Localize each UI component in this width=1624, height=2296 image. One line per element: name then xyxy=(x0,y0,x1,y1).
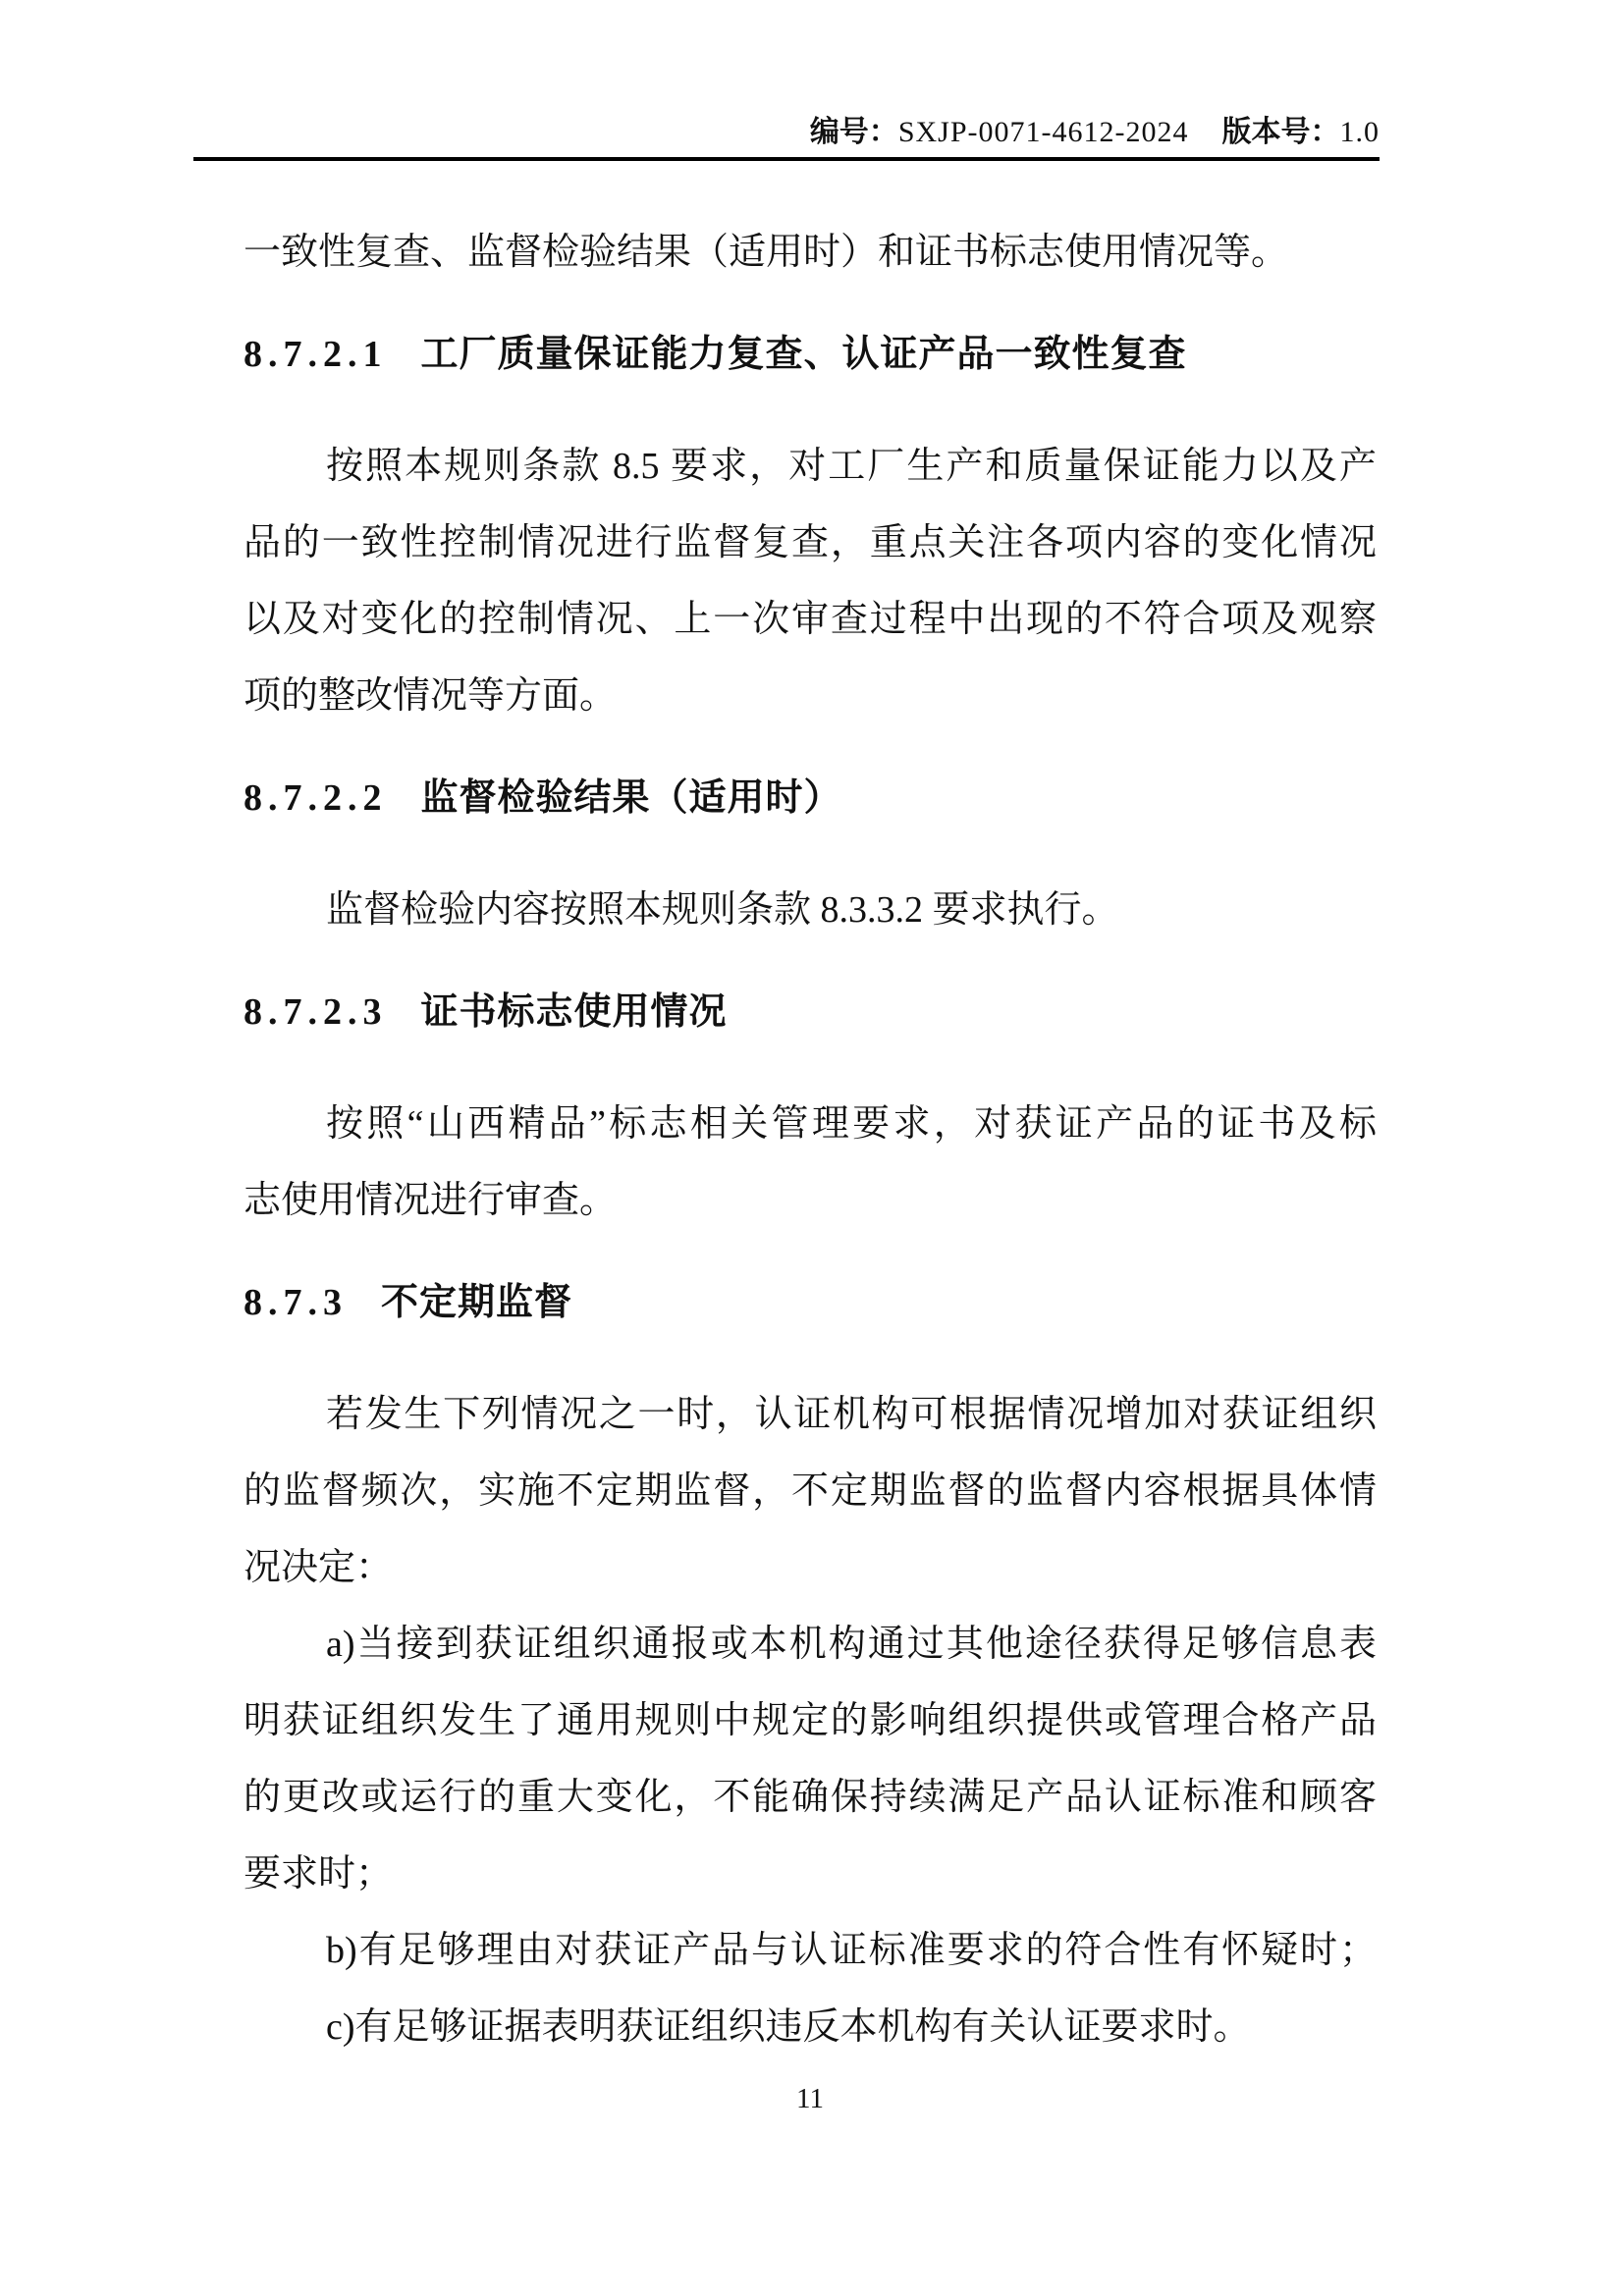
heading-title: 证书标志使用情况 xyxy=(421,991,728,1033)
list-item-c-line: c)有足够证据表明获证组织违反本机构有关认证要求时。 xyxy=(244,1989,1377,2065)
paragraph-line: 品的一致性控制情况进行监督复查，重点关注各项内容的变化情况 xyxy=(244,505,1377,581)
paragraph-line: 志使用情况进行审查。 xyxy=(244,1162,1377,1239)
header-text: 编号：SXJP-0071-4612-2024版本号：1.0 xyxy=(810,116,1380,149)
page-number: 11 xyxy=(244,2083,1377,2115)
version-label: 版本号： xyxy=(1222,116,1340,148)
document-page: 编号：SXJP-0071-4612-2024版本号：1.0 一致性复查、监督检验… xyxy=(0,0,1624,2296)
version-value: 1.0 xyxy=(1340,116,1380,148)
paragraph-line: 的监督频次，实施不定期监督，不定期监督的监督内容根据具体情 xyxy=(244,1453,1377,1529)
paragraph-line: 监督检验内容按照本规则条款 8.3.3.2 要求执行。 xyxy=(244,872,1377,948)
heading-number: 8.7.2.1 xyxy=(244,334,388,375)
list-item-a-line: 要求时； xyxy=(244,1836,1377,1912)
section-heading-8-7-2-1: 8.7.2.1工厂质量保证能力复查、认证产品一致性复查 xyxy=(244,316,1377,393)
heading-title: 不定期监督 xyxy=(381,1282,572,1323)
paragraph-line: 一致性复查、监督检验结果（适用时）和证书标志使用情况等。 xyxy=(244,214,1377,291)
doc-number-value: SXJP-0071-4612-2024 xyxy=(898,116,1189,148)
paragraph-line: 项的整改情况等方面。 xyxy=(244,658,1377,734)
paragraph-line: 以及对变化的控制情况、上一次审查过程中出现的不符合项及观察 xyxy=(244,581,1377,658)
heading-number: 8.7.2.2 xyxy=(244,777,388,819)
doc-number-label: 编号： xyxy=(810,116,898,148)
list-item-a-line: 的更改或运行的重大变化，不能确保持续满足产品认证标准和顾客 xyxy=(244,1759,1377,1836)
heading-title: 监督检验结果（适用时） xyxy=(421,777,842,819)
paragraph-line: 若发生下列情况之一时，认证机构可根据情况增加对获证组织 xyxy=(244,1376,1377,1453)
paragraph-line: 按照本规则条款 8.5 要求，对工厂生产和质量保证能力以及产 xyxy=(244,428,1377,505)
list-item-b-line: b)有足够理由对获证产品与认证标准要求的符合性有怀疑时； xyxy=(244,1912,1377,1989)
section-heading-8-7-2-2: 8.7.2.2监督检验结果（适用时） xyxy=(244,760,1377,836)
list-item-a-line: 明获证组织发生了通用规则中规定的影响组织提供或管理合格产品 xyxy=(244,1682,1377,1759)
document-body: 一致性复查、监督检验结果（适用时）和证书标志使用情况等。 8.7.2.1工厂质量… xyxy=(244,214,1377,2065)
paragraph-line: 按照“山西精品”标志相关管理要求，对获证产品的证书及标 xyxy=(244,1086,1377,1162)
page-header: 编号：SXJP-0071-4612-2024版本号：1.0 xyxy=(193,0,1380,161)
section-heading-8-7-3: 8.7.3不定期监督 xyxy=(244,1264,1377,1341)
section-heading-8-7-2-3: 8.7.2.3证书标志使用情况 xyxy=(244,974,1377,1050)
heading-title: 工厂质量保证能力复查、认证产品一致性复查 xyxy=(421,334,1187,375)
list-item-a-line: a)当接到获证组织通报或本机构通过其他途径获得足够信息表 xyxy=(244,1606,1377,1682)
paragraph-line: 况决定： xyxy=(244,1529,1377,1606)
heading-number: 8.7.3 xyxy=(244,1282,348,1323)
heading-number: 8.7.2.3 xyxy=(244,991,388,1033)
